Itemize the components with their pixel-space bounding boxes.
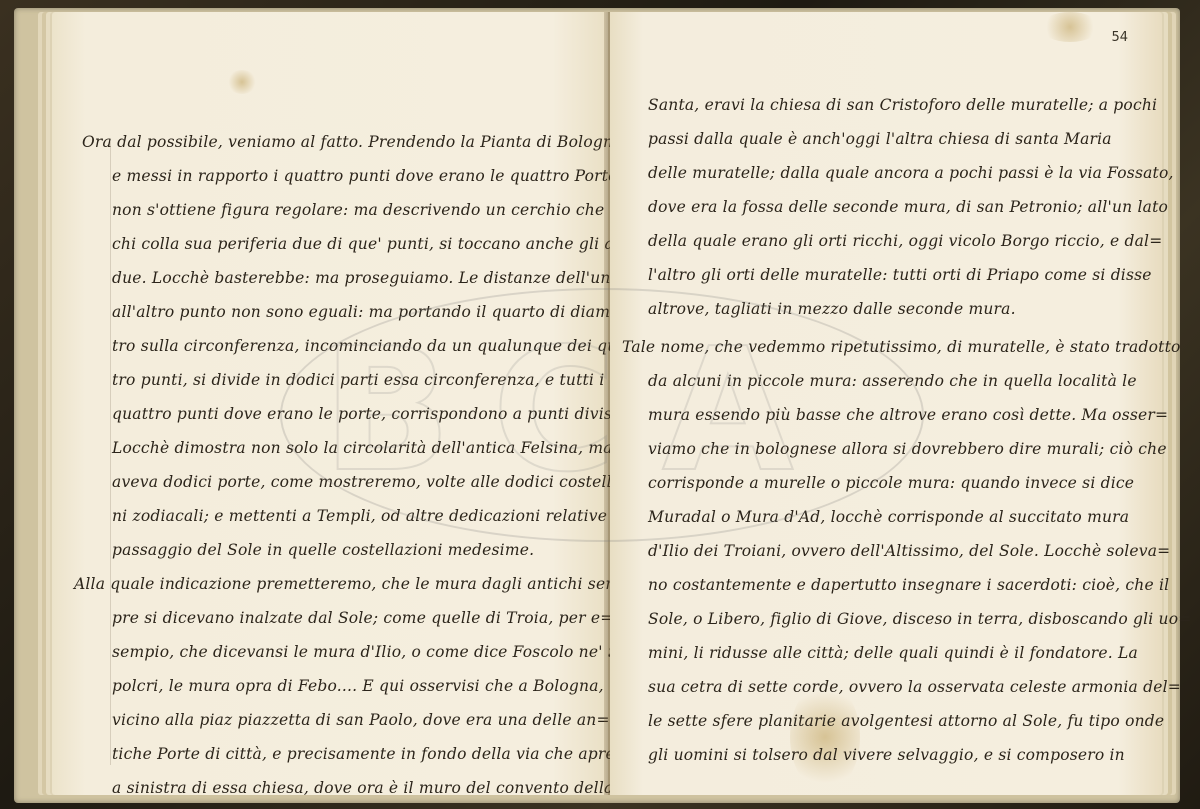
text-line: della quale erano gli orti ricchi, oggi … (648, 224, 1162, 258)
text-line: da alcuni in piccole mura: asserendo che… (648, 364, 1137, 398)
right-page: 54 Santa, eravi la chiesa di san Cristof… (610, 12, 1162, 795)
text-line: e messi in rapporto i quattro punti dove… (112, 159, 623, 193)
text-line: tro sulla circonferenza, incominciando d… (112, 329, 647, 363)
text-line: Locchè dimostra non solo la circolarità … (112, 431, 613, 465)
paper-stain (227, 70, 257, 94)
text-line: a sinistra di essa chiesa, dove ora è il… (112, 771, 613, 805)
margin-rule (110, 142, 111, 765)
text-line: passaggio del Sole in quelle costellazio… (112, 533, 534, 567)
text-line: quattro punti dove erano le porte, corri… (112, 397, 639, 431)
text-line: ni zodiacali; e mettenti a Templi, od al… (112, 499, 627, 533)
text-line: mini, li ridusse alle città; delle quali… (648, 636, 1138, 670)
text-line: corrisponde a murelle o piccole mura: qu… (648, 466, 1134, 500)
text-line: sua cetra di sette corde, ovvero la osse… (648, 670, 1181, 704)
paper-stain (1040, 12, 1100, 42)
text-line: mura essendo più basse che altrove erano… (648, 398, 1168, 432)
page-number: 54 (1111, 30, 1128, 45)
text-line: Ora dal possibile, veniamo al fatto. Pre… (82, 125, 628, 159)
text-line: tro punti, si divide in dodici parti ess… (112, 363, 604, 397)
text-line: viamo che in bolognese allora si dovrebb… (648, 432, 1167, 466)
text-line: passi dalla quale è anch'oggi l'altra ch… (648, 122, 1112, 156)
text-line: all'altro punto non sono eguali: ma port… (112, 295, 633, 329)
text-line: chi colla sua periferia due di que' punt… (112, 227, 638, 261)
text-line: d'Ilio dei Troiani, ovvero dell'Altissim… (648, 534, 1170, 568)
text-line: Santa, eravi la chiesa di san Cristoforo… (648, 88, 1157, 122)
text-line: altrove, tagliati in mezzo dalle seconde… (648, 292, 1016, 326)
text-line: no costantemente e dapertutto insegnare … (648, 568, 1169, 602)
text-line: le sette sfere planitarie avolgentesi at… (648, 704, 1164, 738)
text-line: tiche Porte di città, e precisamente in … (112, 737, 615, 771)
text-line: polcri, le mura opra di Febo.... E qui o… (112, 669, 604, 703)
text-line: l'altro gli orti delle muratelle: tutti … (648, 258, 1152, 292)
text-line: pre si dicevano inalzate dal Sole; come … (112, 601, 613, 635)
text-line: dove era la fossa delle seconde mura, di… (648, 190, 1168, 224)
text-line: Sole, o Libero, figlio di Giove, disceso… (648, 602, 1191, 636)
text-line: Muradal o Mura d'Ad, locchè corrisponde … (648, 500, 1129, 534)
text-line: aveva dodici porte, come mostreremo, vol… (112, 465, 657, 499)
text-line: due. Locchè basterebbe: ma proseguiamo. … (112, 261, 620, 295)
text-line: gli uomini si tolsero dal vivere selvagg… (648, 738, 1125, 772)
left-page: Ora dal possibile, veniamo al fatto. Pre… (52, 12, 608, 795)
text-line: delle muratelle; dalla quale ancora a po… (648, 156, 1174, 190)
text-line: Alla quale indicazione premetteremo, che… (74, 567, 633, 601)
text-line: vicino alla piaz piazzetta di san Paolo,… (112, 703, 610, 737)
text-line: Tale nome, che vedemmo ripetutissimo, di… (622, 330, 1181, 364)
text-line: sempio, che dicevansi le mura d'Ilio, o … (112, 635, 641, 669)
text-line: non s'ottiene figura regolare: ma descri… (112, 193, 647, 227)
